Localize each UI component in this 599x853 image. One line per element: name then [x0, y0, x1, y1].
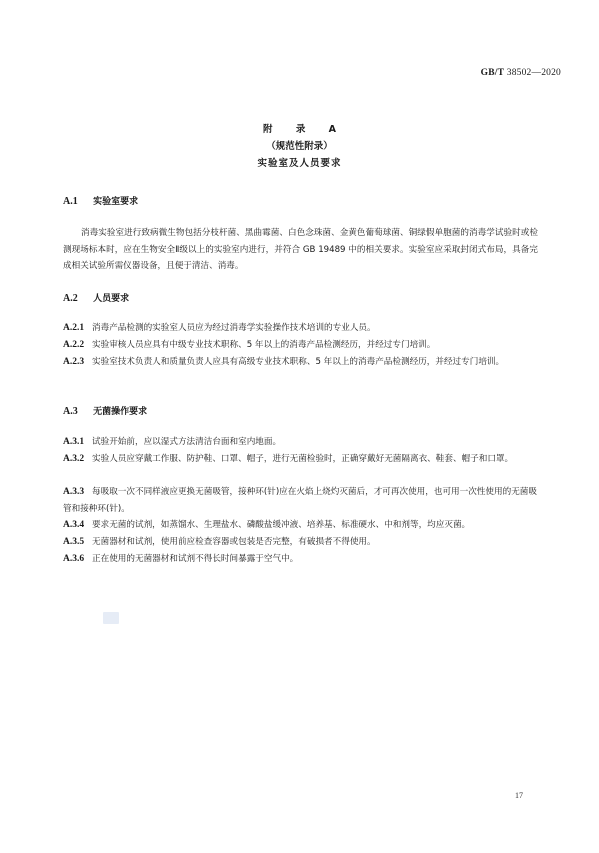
clause-number: A.3.3: [63, 484, 92, 501]
section-number: A.2: [63, 293, 90, 304]
section-heading-a3: A.3 无菌操作要求: [63, 404, 147, 417]
clause-number: A.3.6: [63, 551, 92, 568]
clause-a2-2: A.2.2实验审核人员应具有中级专业技术职称、5 年以上的消毒产品检测经历，并经…: [63, 337, 538, 354]
standard-code: GB/T 38502—2020: [481, 68, 561, 78]
clause-text: 实验室技术负责人和质量负责人应具有高级专业技术职称、5 年以上的消毒产品检测经历…: [92, 357, 504, 367]
clause-a3-4: A.3.4要求无菌的试剂，如蒸馏水、生理盐水、磷酸盐缓冲液、培养基、标准硬水、中…: [63, 517, 538, 534]
clause-text: 要求无菌的试剂，如蒸馏水、生理盐水、磷酸盐缓冲液、培养基、标准硬水、中和剂等，均…: [92, 520, 470, 530]
section-heading-a1: A.1 实验室要求: [63, 194, 138, 207]
clause-text: 每吸取一次不同样液应更换无菌吸管，接种环(针)应在火焰上烧灼灭菌后，才可再次使用…: [63, 487, 537, 514]
standard-number: 38502—2020: [507, 68, 561, 78]
section-paragraph-a1: 消毒实验室进行致病微生物包括分枝杆菌、黑曲霉菌、白色念珠菌、金黄色葡萄球菌、铜绿…: [63, 225, 538, 275]
watermark-mark: [103, 612, 119, 624]
clause-a2-1: A.2.1消毒产品检测的实验室人员应为经过消毒学实验操作技术培训的专业人员。: [63, 320, 538, 337]
clause-number: A.2.1: [63, 320, 92, 337]
section-title: 无菌操作要求: [93, 407, 147, 417]
section-number: A.1: [63, 196, 90, 207]
clause-text: 实验审核人员应具有中级专业技术职称、5 年以上的消毒产品检测经历，并经过专门培训…: [92, 340, 435, 350]
clause-text: 消毒产品检测的实验室人员应为经过消毒学实验操作技术培训的专业人员。: [92, 323, 376, 333]
annex-title: 附 录 A: [0, 121, 599, 138]
clause-a3-6: A.3.6正在使用的无菌器材和试剂不得长时间暴露于空气中。: [63, 551, 538, 568]
clause-a3-1: A.3.1试验开始前，应以湿式方法清洁台面和室内地面。: [63, 434, 538, 451]
section-title: 人员要求: [93, 294, 129, 304]
annex-subtitle: 实验室及人员要求: [0, 155, 599, 172]
clause-number: A.3.2: [63, 451, 92, 468]
clause-number: A.3.1: [63, 434, 92, 451]
section-heading-a2: A.2 人员要求: [63, 291, 129, 304]
page-number: 17: [515, 791, 523, 800]
clause-a3-5: A.3.5无菌器材和试剂，使用前应检查容器或包装是否完整，有破损者不得使用。: [63, 534, 538, 551]
clause-text: 无菌器材和试剂，使用前应检查容器或包装是否完整，有破损者不得使用。: [92, 537, 376, 547]
clause-a3-3: A.3.3每吸取一次不同样液应更换无菌吸管，接种环(针)应在火焰上烧灼灭菌后，才…: [63, 484, 538, 517]
section-number: A.3: [63, 406, 90, 417]
annex-heading: 附 录 A （规范性附录） 实验室及人员要求: [0, 121, 599, 172]
clause-a3-2: A.3.2实验人员应穿戴工作服、防护鞋、口罩、帽子，进行无菌检验时，正确穿戴好无…: [63, 451, 538, 468]
clause-number: A.3.4: [63, 517, 92, 534]
clause-number: A.2.3: [63, 354, 92, 371]
clause-a2-3: A.2.3实验室技术负责人和质量负责人应具有高级专业技术职称、5 年以上的消毒产…: [63, 354, 538, 371]
clause-number: A.2.2: [63, 337, 92, 354]
clause-text: 试验开始前，应以湿式方法清洁台面和室内地面。: [92, 437, 281, 447]
standard-prefix: GB/T: [481, 68, 505, 78]
clause-number: A.3.5: [63, 534, 92, 551]
annex-kind: （规范性附录）: [0, 138, 599, 155]
clause-text: 实验人员应穿戴工作服、防护鞋、口罩、帽子，进行无菌检验时，正确穿戴好无菌隔离衣、…: [92, 454, 513, 464]
section-title: 实验室要求: [93, 197, 138, 207]
clause-text: 正在使用的无菌器材和试剂不得长时间暴露于空气中。: [92, 554, 298, 564]
